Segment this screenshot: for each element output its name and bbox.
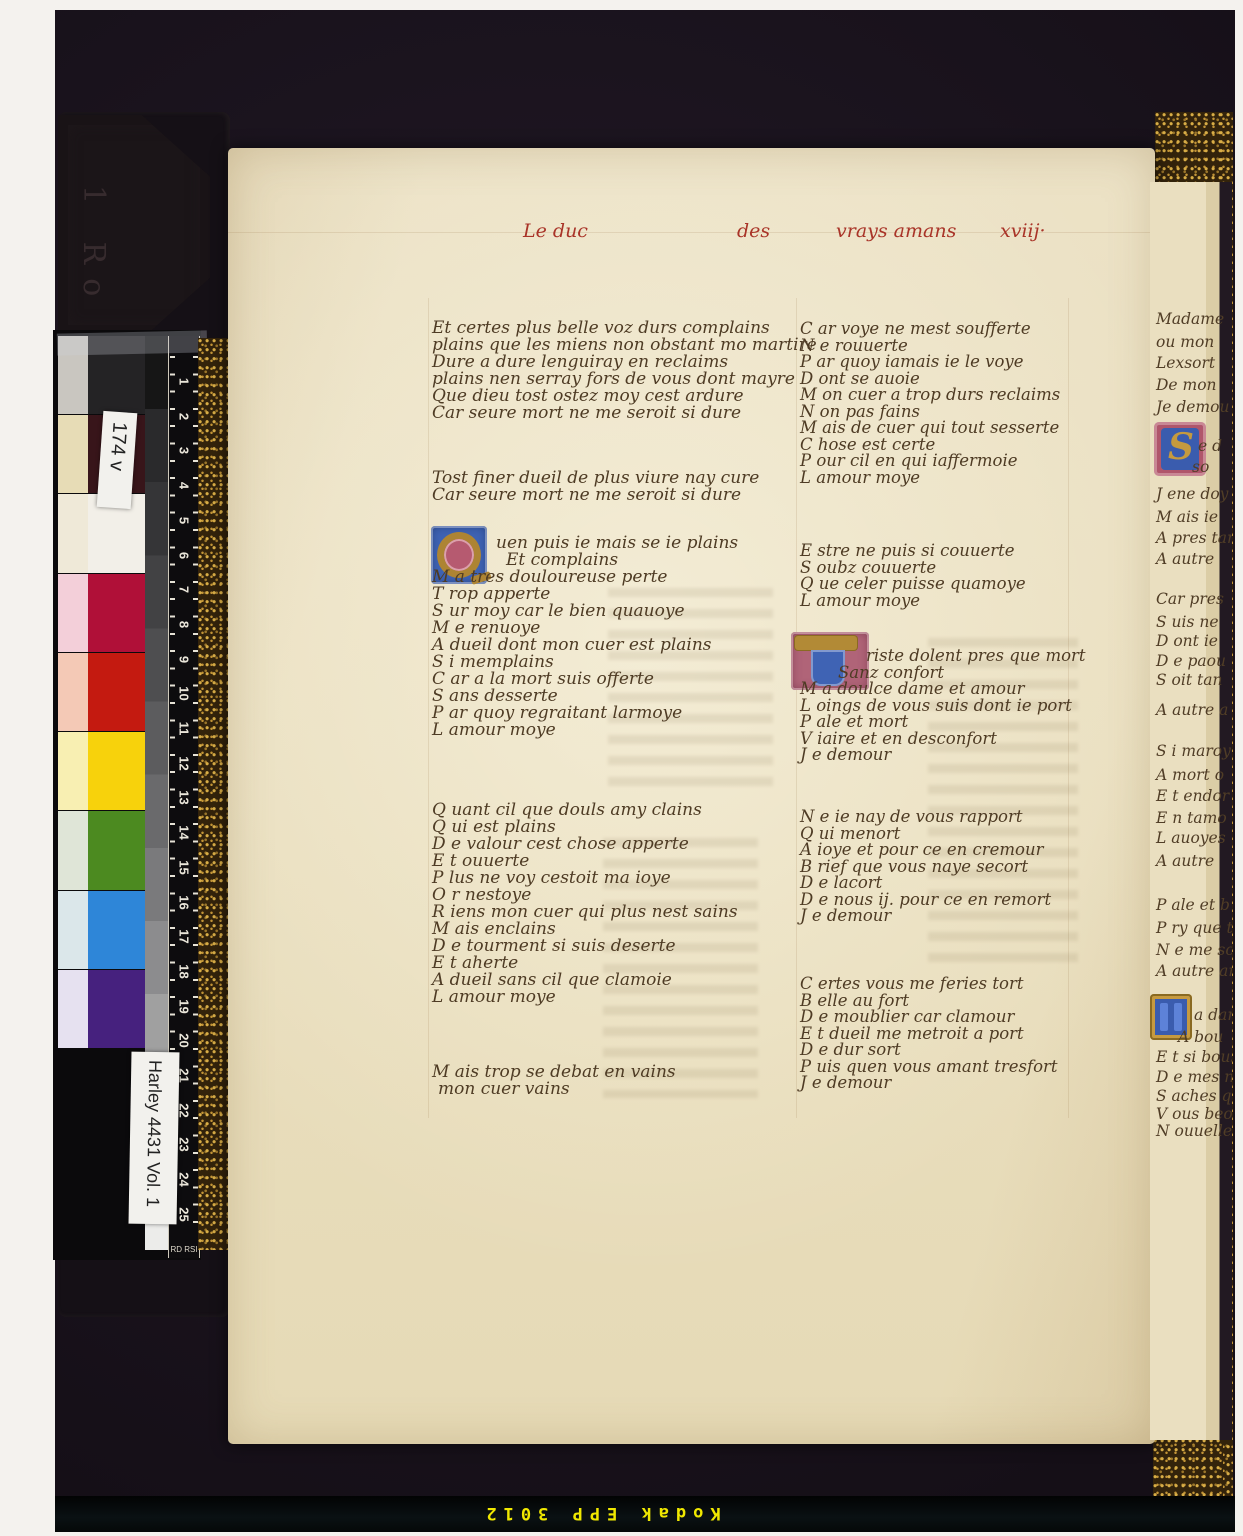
gold-fore-edge-left xyxy=(198,338,230,1250)
ruler-number: 4 xyxy=(177,471,192,501)
edge-poem-line: Lexsort xyxy=(1156,354,1215,372)
stanza: E stre ne puis si couuerteS oubz couuert… xyxy=(800,540,1026,606)
ruler-number: 10 xyxy=(177,679,192,709)
edge-poem-line: E t si bous xyxy=(1156,1048,1232,1066)
edge-poem-line: Car pres xyxy=(1156,590,1224,608)
ruler-number: 7 xyxy=(177,575,192,605)
poem-line: C ar voye ne mest soufferte xyxy=(800,318,1060,335)
edge-poem-line: V ous beor xyxy=(1156,1105,1232,1123)
ruler-number: 16 xyxy=(177,887,192,917)
edge-poem-line: A autre a xyxy=(1156,701,1228,719)
pastel-patch xyxy=(58,891,88,969)
ruler-number: 17 xyxy=(177,922,192,952)
poem-line: M a doulce dame et amour xyxy=(800,678,1086,695)
pastel-patch xyxy=(58,653,88,731)
edge-poem-line: D ont ie xyxy=(1156,632,1218,650)
shelfmark-sticker: Harley 4431 Vol. 1 xyxy=(129,1052,180,1225)
poem-line: B rief que vous naye secort xyxy=(800,856,1051,873)
poem-line: M ais trop se debat en vains xyxy=(432,1062,676,1079)
poem-line: uen puis ie mais se ie plains xyxy=(496,533,738,550)
stanza: Tost finer dueil de plus viure nay cureC… xyxy=(432,468,759,502)
ruler-number: 13 xyxy=(177,783,192,813)
edge-poem-line: D e mes no xyxy=(1156,1068,1232,1086)
poem-line: D e nous ij. pour ce en remort xyxy=(800,889,1051,906)
gold-edge-bottom-right xyxy=(1153,1438,1223,1504)
photograph-of-manuscript: { "film": { "label": "Kodak EPP 3012" },… xyxy=(0,0,1243,1536)
poem-line: S ur moy car le bien quauoye xyxy=(432,601,738,618)
edge-poem-line: a dam xyxy=(1194,1006,1232,1024)
ruler-number: 24 xyxy=(177,1165,192,1195)
edge-poem-line: E n tamo xyxy=(1156,809,1227,827)
poem-line: E t dueil me metroit a port xyxy=(800,1023,1058,1040)
poem-line: V iaire et en desconfort xyxy=(800,728,1086,745)
edge-poem-line: Madame xyxy=(1156,310,1224,328)
film-label: Kodak EPP 3012 xyxy=(330,1503,870,1523)
poem-line: R iens mon cuer qui plus nest sains xyxy=(432,902,738,919)
pastel-patch xyxy=(58,415,88,493)
solid-patch xyxy=(88,574,145,652)
poem-line: M a tres douloureuse perte xyxy=(432,567,738,584)
poem-line: C ertes vous me feries tort xyxy=(800,973,1058,990)
stanza: Q uant cil que douls amy clainsQ ui est … xyxy=(432,800,738,1004)
poem-line: riste dolent pres que mort xyxy=(866,645,1086,662)
poem-line: P our cil en qui iaffermoie xyxy=(800,450,1060,467)
poem-line: Car seure mort ne me seroit si dure xyxy=(432,485,759,502)
stanza: uen puis ie mais se ie plainsEt complain… xyxy=(432,533,738,737)
ruler-number: 1 xyxy=(177,367,192,397)
edge-poem-line: P ry que t xyxy=(1156,919,1232,937)
edge-poem-line: A bou xyxy=(1178,1028,1223,1046)
poem-line: Q uant cil que douls amy clains xyxy=(432,800,738,817)
poem-line: A dueil dont mon cuer est plains xyxy=(432,635,738,652)
pastel-patch xyxy=(58,494,88,572)
poem-line: M ais de cuer qui tout sesserte xyxy=(800,417,1060,434)
poem-line: D e moublier car clamour xyxy=(800,1006,1058,1023)
ruler-number: 9 xyxy=(177,644,192,674)
pastel-patch xyxy=(58,574,88,652)
pastel-patch xyxy=(58,970,88,1048)
header-segment: vrays amans xyxy=(836,220,956,242)
patch-row xyxy=(58,811,145,890)
poem-line: D e tourment si suis deserte xyxy=(432,936,738,953)
ruler-number: 12 xyxy=(177,748,192,778)
folio-sticker: 174 v xyxy=(97,411,138,509)
patch-row xyxy=(58,574,145,653)
edge-poem-line: A autre xyxy=(1156,852,1214,870)
stanza: Et certes plus belle voz durs complainsp… xyxy=(432,318,817,420)
ruler-number: 3 xyxy=(177,436,192,466)
edge-poem-line: S oit tan xyxy=(1156,671,1222,689)
edge-poem-line: A autre am xyxy=(1156,962,1232,980)
ruler-number: 5 xyxy=(177,505,192,535)
ruler-number: 20 xyxy=(177,1026,192,1056)
edge-poem-line: L auoyes xyxy=(1156,829,1226,847)
gold-edge-top-right xyxy=(1155,112,1221,184)
stanza: N e ie nay de vous rapportQ ui menortA i… xyxy=(800,806,1051,922)
manuscript-page: Le duc des vrays amans xviij· Et certes … xyxy=(228,148,1155,1444)
poem-line: E stre ne puis si couuerte xyxy=(800,540,1026,557)
poem-line: Car seure mort ne me seroit si dure xyxy=(432,403,817,420)
poem-line: P lus ne voy cestoit ma ioye xyxy=(432,868,738,885)
header-segment: Le duc xyxy=(523,220,588,242)
edge-poem-line: S uis ne xyxy=(1156,613,1219,631)
edge-poem-line: N ouuelles xyxy=(1156,1122,1232,1140)
ruler-number: 8 xyxy=(177,609,192,639)
ruler-footer: RD RSI xyxy=(169,1245,199,1254)
tape-piece xyxy=(57,330,207,355)
poem-line: A ioye et pour ce en cremour xyxy=(800,839,1051,856)
edge-poem-line: e d xyxy=(1198,437,1222,455)
film-strip: Kodak EPP 3012 xyxy=(55,1496,1235,1532)
ruler-number: 19 xyxy=(177,991,192,1021)
ruler-number: 15 xyxy=(177,852,192,882)
ruler-number: 23 xyxy=(177,1130,192,1160)
poem-line: P ar quoy regraitant larmoye xyxy=(432,703,738,720)
poem-line: Q ue celer puisse quamoye xyxy=(800,573,1026,590)
poem-line: plains que les miens non obstant mo mart… xyxy=(432,335,817,352)
edge-poem-line: Je demou xyxy=(1156,398,1229,416)
velvet-background: 1 Ro RD RSI 1234567891011121314151617181… xyxy=(55,10,1235,1532)
ruler-number: 25 xyxy=(177,1199,192,1229)
edge-poem-line: N e me soit xyxy=(1156,941,1232,959)
ruler-number: 11 xyxy=(177,714,192,744)
edge-poem-line: A mort o xyxy=(1156,766,1224,784)
edge-poem-line: S i maroy xyxy=(1156,742,1231,760)
ruling-line xyxy=(796,298,797,1118)
patch-row xyxy=(58,970,145,1049)
edge-poem-line: A pres tan xyxy=(1156,529,1232,547)
edge-poem-line: E t endor xyxy=(1156,787,1229,805)
poem-line: P uis quen vous amant tresfort xyxy=(800,1056,1058,1073)
patch-row xyxy=(58,732,145,811)
poem-line: L oings de vous suis dont ie port xyxy=(800,695,1086,712)
poem-line: P ar quoy iamais ie le voye xyxy=(800,351,1060,368)
stanza: riste dolent pres que mortSanz confortM … xyxy=(800,645,1086,761)
edge-poem-line: M ais ie xyxy=(1156,508,1218,526)
pastel-patch xyxy=(58,811,88,889)
stanza: C ertes vous me feries tortB elle au for… xyxy=(800,973,1058,1089)
ruler-number: 2 xyxy=(177,401,192,431)
edge-poem-line: P ale et b xyxy=(1156,896,1230,914)
poem-line: A dueil sans cil que clamoie xyxy=(432,970,738,987)
solid-patch xyxy=(88,970,145,1048)
edge-poem-line: De mon xyxy=(1156,376,1217,394)
folio-number: 174 v xyxy=(104,421,130,471)
stanza: C ar voye ne mest soufferteN e rouuerteP… xyxy=(800,318,1060,483)
shelfmark-text: Harley 4431 Vol. 1 xyxy=(142,1060,166,1207)
ruler-number: 18 xyxy=(177,956,192,986)
header-segment: xviij· xyxy=(1000,220,1046,242)
poem-line: C ar a la mort suis offerte xyxy=(432,669,738,686)
edge-poem-line: so xyxy=(1192,458,1209,476)
ruler-number: 22 xyxy=(177,1095,192,1125)
poem-line: D e valour cest chose apperte xyxy=(432,834,738,851)
ruler-number: 14 xyxy=(177,818,192,848)
poem-line: Tost finer dueil de plus viure nay cure xyxy=(432,468,759,485)
poem-line: plains nen serray fors de vous dont mayr… xyxy=(432,369,817,386)
edge-poem-line: J ene doy xyxy=(1156,485,1228,503)
poem-line: N e ie nay de vous rapport xyxy=(800,806,1051,823)
next-folio-edge: Madameou monLexsortDe monJe demoue dsoJ … xyxy=(1150,182,1232,1440)
ruler-number: 6 xyxy=(177,540,192,570)
patch-row xyxy=(58,891,145,970)
header-segment: des xyxy=(737,220,770,242)
stanza: M ais trop se debat en vainsmon cuer vai… xyxy=(432,1062,676,1096)
patch-row xyxy=(58,653,145,732)
poem-line: Et certes plus belle voz durs complains xyxy=(432,318,817,335)
solid-patch xyxy=(88,732,145,810)
pastel-patch xyxy=(58,732,88,810)
solid-patch xyxy=(88,811,145,889)
running-header: Le duc des vrays amans xviij· xyxy=(228,220,1155,244)
edge-poem-line: S aches qu xyxy=(1156,1087,1232,1105)
edge-poem-line: A autre xyxy=(1156,550,1214,568)
solid-patch xyxy=(88,653,145,731)
edge-poem-line: D e paou xyxy=(1156,652,1226,670)
cover-emboss-text: 1 Ro xyxy=(76,185,111,310)
solid-patch xyxy=(88,891,145,969)
edge-poem-line: ou mon xyxy=(1156,333,1214,351)
ruling-line xyxy=(428,298,429,1118)
poem-line: M on cuer a trop durs reclaims xyxy=(800,384,1060,401)
